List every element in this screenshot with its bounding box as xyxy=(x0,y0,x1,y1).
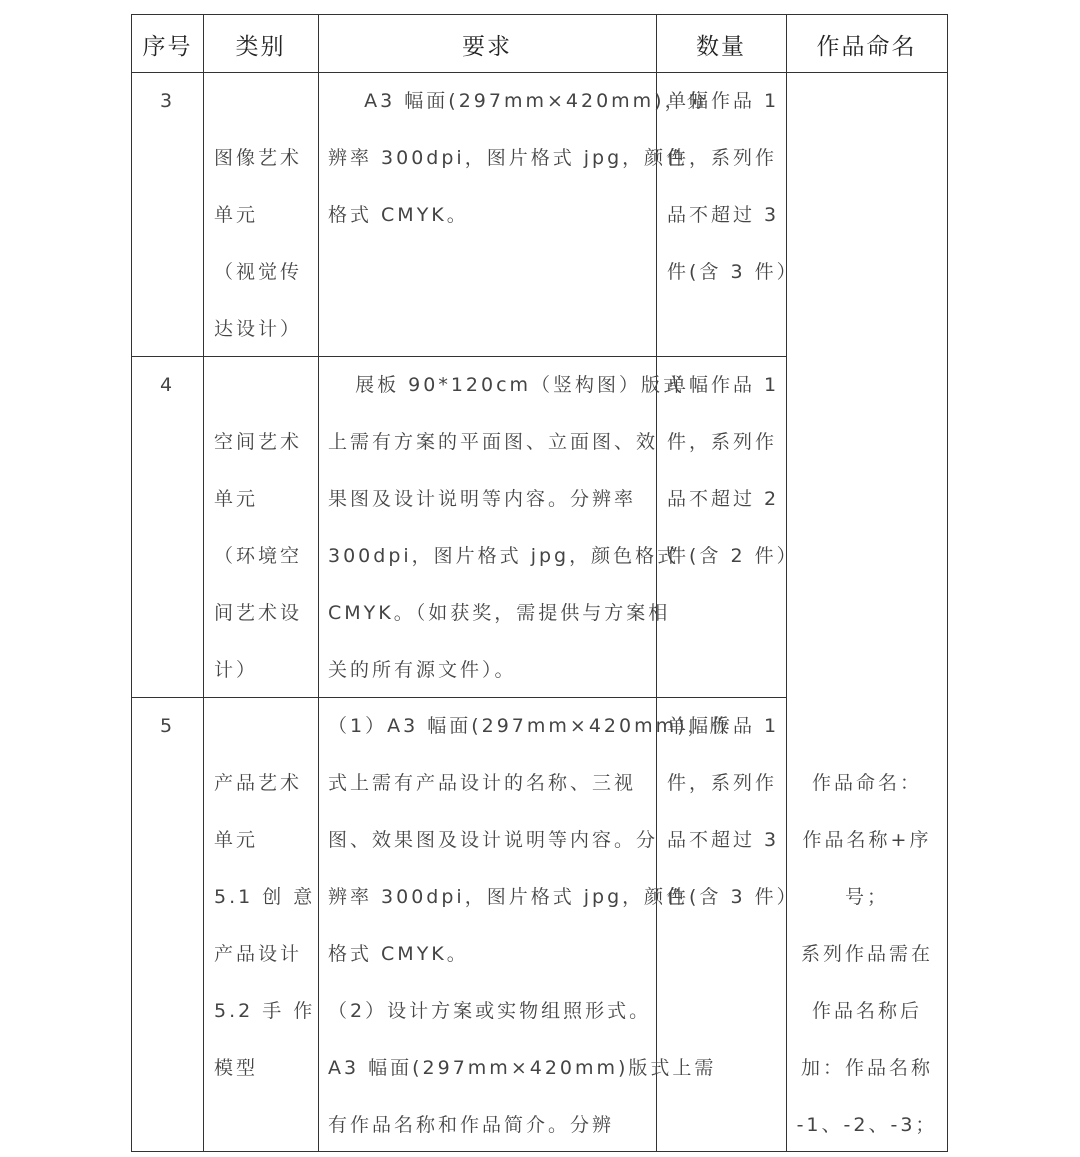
naming-line: 作品名称后 xyxy=(787,983,947,1040)
quantity-line: 件，系列作 xyxy=(667,755,777,812)
quantity-line: 件(含 3 件） xyxy=(667,244,799,301)
category-line: 产品艺术 xyxy=(214,755,302,812)
requirement-line: （2）设计方案或实物组照形式。 xyxy=(328,983,651,1040)
row-index: 3 xyxy=(132,73,203,130)
requirement-line: 展板 90*120cm（竖构图）版式 xyxy=(328,357,685,414)
quantity-line: 品不超过 2 xyxy=(667,471,779,528)
header-index: 序号 xyxy=(132,15,203,73)
requirement-line: 上需有方案的平面图、立面图、效 xyxy=(328,414,658,471)
header-naming: 作品命名 xyxy=(786,15,947,73)
quantity-line: 件，系列作 xyxy=(667,414,777,471)
category-line: 达设计） xyxy=(214,301,302,358)
requirement-line: 辨率 300dpi，图片格式 jpg，颜色 xyxy=(328,130,688,187)
requirement-line: 图、效果图及设计说明等内容。分 xyxy=(328,812,658,869)
naming-line: 作品名称+序 xyxy=(787,812,947,869)
naming-line: -1、-2、-3； xyxy=(787,1097,947,1154)
requirement-line: 辨率 300dpi，图片格式 jpg，颜色 xyxy=(328,869,688,926)
category-line: 模型 xyxy=(214,1040,258,1097)
category-line: 5.1 创 意 xyxy=(214,869,315,926)
quantity-line: 单幅作品 1 xyxy=(667,698,779,755)
quantity-line: 单幅作品 1 xyxy=(667,73,779,130)
requirement-line: CMYK。（如获奖，需提供与方案相 xyxy=(328,585,670,642)
requirement-line: 果图及设计说明等内容。分辨率 xyxy=(328,471,636,528)
category-line: 间艺术设 xyxy=(214,585,302,642)
requirements-table: 序号 类别 要求 数量 作品命名 3图像艺术单元（视觉传达设计） A3 幅面(2… xyxy=(131,14,948,1152)
naming-line: 号； xyxy=(787,869,947,926)
naming-line: 作品命名： xyxy=(787,755,947,812)
quantity-line: 品不超过 3 xyxy=(667,812,779,869)
row-index: 4 xyxy=(132,357,203,414)
row-index: 5 xyxy=(132,698,203,755)
category-line: 图像艺术 xyxy=(214,130,302,187)
requirement-line: A3 幅面(297mm×420mm)，分 xyxy=(328,73,709,130)
category-line: 单元 xyxy=(214,812,258,869)
col-divider xyxy=(203,15,204,1151)
requirement-line: 格式 CMYK。 xyxy=(328,187,469,244)
category-line: 计） xyxy=(214,642,258,699)
requirement-line: 关的所有源文件）。 xyxy=(328,642,517,699)
requirement-line: 格式 CMYK。 xyxy=(328,926,469,983)
header-quantity: 数量 xyxy=(656,15,786,73)
quantity-line: 件(含 3 件） xyxy=(667,869,799,926)
category-line: （视觉传 xyxy=(214,244,302,301)
category-line: 5.2 手 作 xyxy=(214,983,315,1040)
col-divider xyxy=(318,15,319,1151)
quantity-line: 品不超过 3 xyxy=(667,187,779,244)
quantity-line: 单幅作品 1 xyxy=(667,357,779,414)
naming-line: 系列作品需在 xyxy=(787,926,947,983)
category-line: 产品设计 xyxy=(214,926,302,983)
quantity-line: 件，系列作 xyxy=(667,130,777,187)
requirement-line: 300dpi，图片格式 jpg，颜色格式 xyxy=(328,528,679,585)
category-line: 单元 xyxy=(214,471,258,528)
category-line: 空间艺术 xyxy=(214,414,302,471)
requirement-line: 式上需有产品设计的名称、三视 xyxy=(328,755,636,812)
category-line: （环境空 xyxy=(214,528,302,585)
quantity-line: 件(含 2 件） xyxy=(667,528,799,585)
header-category: 类别 xyxy=(203,15,318,73)
requirement-line: 有作品名称和作品简介。分辨 xyxy=(328,1097,614,1154)
category-line: 单元 xyxy=(214,187,258,244)
naming-line: 加：作品名称 xyxy=(787,1040,947,1097)
requirement-line: A3 幅面(297mm×420mm)版式上需 xyxy=(328,1040,716,1097)
header-requirement: 要求 xyxy=(318,15,656,73)
